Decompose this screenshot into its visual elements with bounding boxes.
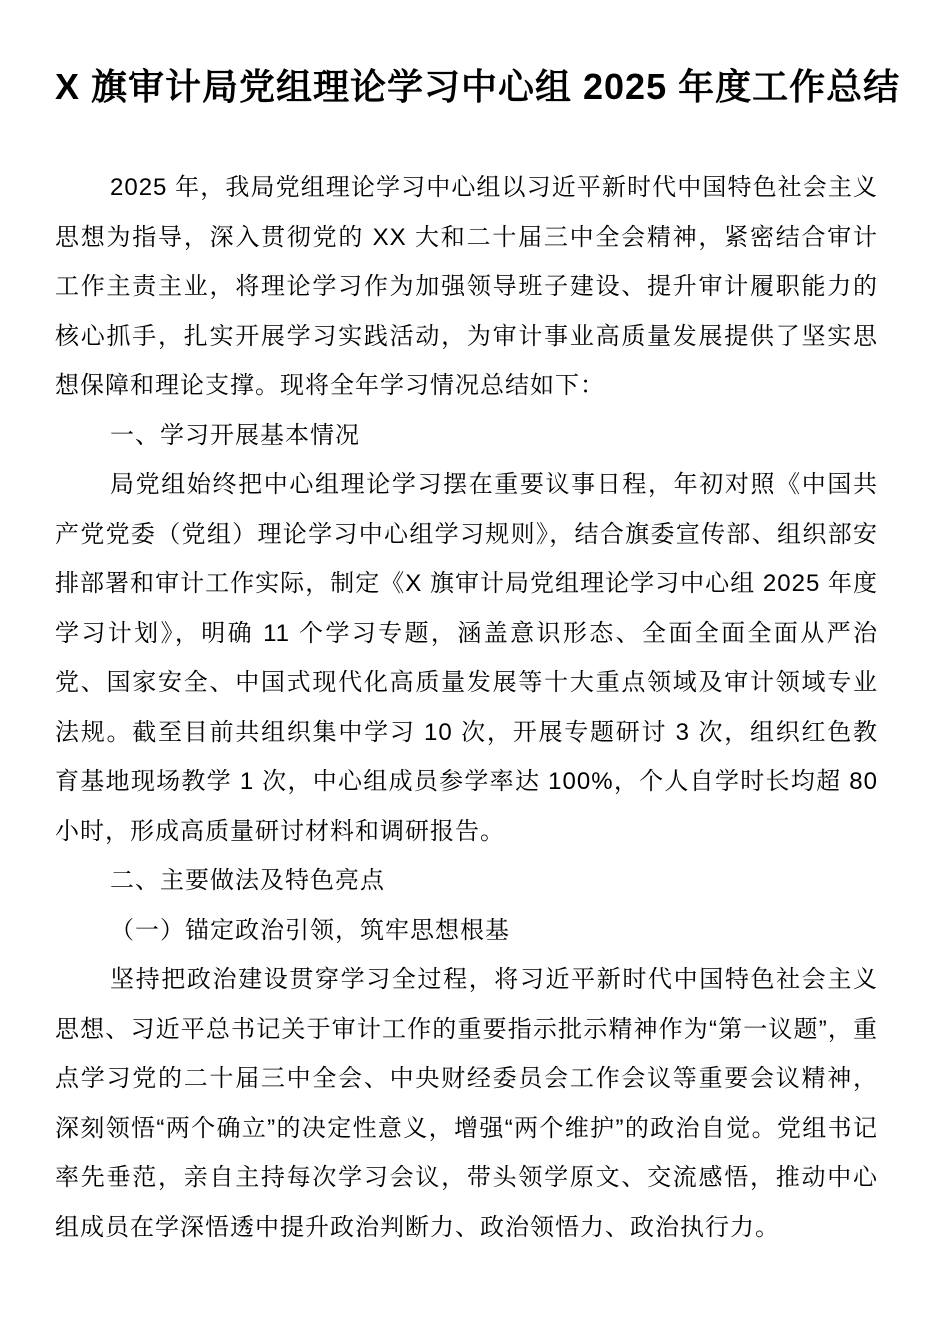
heading-section-1: 一、学习开展基本情况 bbox=[55, 411, 878, 461]
heading-section-2: 二、主要做法及特色亮点 bbox=[55, 856, 878, 906]
heading-subsection-2-1: （一）锚定政治引领，筑牢思想根基 bbox=[55, 906, 878, 956]
paragraph-section-1: 局党组始终把中心组理论学习摆在重要议事日程，年初对照《中国共产党党委（党组）理论… bbox=[55, 460, 878, 856]
paragraph-subsection-2-1: 坚持把政治建设贯穿学习全过程，将习近平新时代中国特色社会主义思想、习近平总书记关… bbox=[55, 955, 878, 1252]
document-page: X 旗审计局党组理论学习中心组 2025 年度工作总结 2025 年，我局党组理… bbox=[0, 0, 950, 1344]
paragraph-intro: 2025 年，我局党组理论学习中心组以习近平新时代中国特色社会主义思想为指导，深… bbox=[55, 163, 878, 411]
document-title: X 旗审计局党组理论学习中心组 2025 年度工作总结 bbox=[55, 64, 878, 110]
